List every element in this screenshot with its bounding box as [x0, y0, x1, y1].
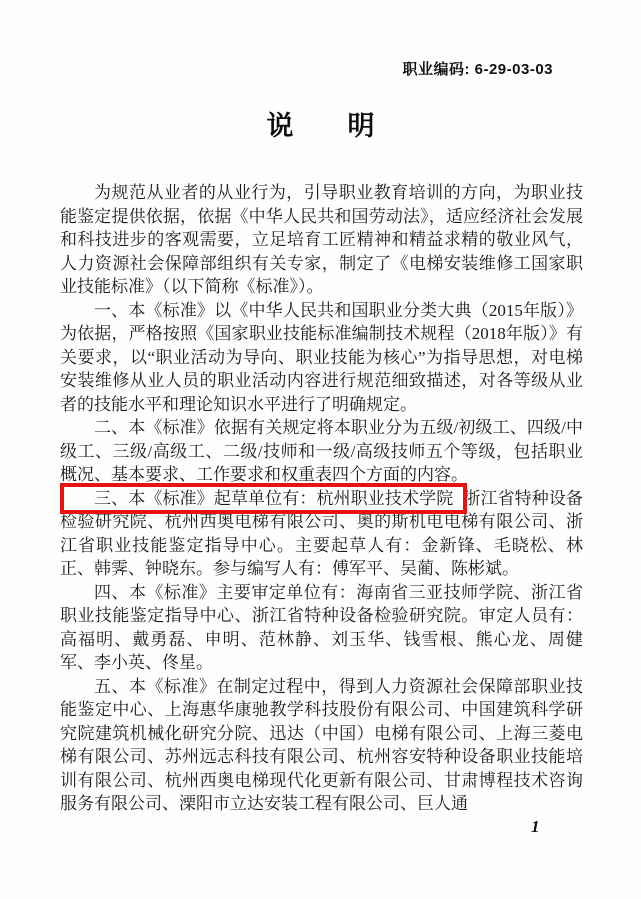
- page-number: 1: [531, 817, 540, 837]
- paragraph-item1: 一、本《标准》以《中华人民共和国职业分类大典（2015年版）》为依据，严格按照《…: [60, 299, 583, 417]
- paragraph-item4: 四、本《标准》主要审定单位有：海南省三亚技师学院、浙江省职业技能鉴定指导中心、浙…: [60, 581, 583, 675]
- document-page: 职业编码: 6-29-03-03 说 明 为规范从业者的从业行为，引导职业教育培…: [0, 0, 641, 899]
- occupation-code: 职业编码: 6-29-03-03: [402, 58, 553, 79]
- paragraph-item5: 五、本《标准》在制定过程中，得到人力资源社会保障部职业技能鉴定中心、上海惠华康驰…: [60, 675, 583, 816]
- highlighted-drafting-unit-text: 三、本《标准》起草单位有：杭州职业技术学院: [94, 489, 453, 508]
- page-title: 说 明: [0, 104, 641, 143]
- paragraph-item2: 二、本《标准》依据有关规定将本职业分为五级/初级工、四级/中级工、三级/高级工、…: [60, 416, 583, 487]
- paragraph-item3: 三、本《标准》起草单位有：杭州职业技术学院浙江省特种设备检验研究院、杭州西奥电梯…: [60, 487, 583, 581]
- paragraph-intro: 为规范从业者的从业行为，引导职业教育培训的方向，为职业技能鉴定提供依据，依据《中…: [60, 181, 583, 299]
- document-body: 为规范从业者的从业行为，引导职业教育培训的方向，为职业技能鉴定提供依据，依据《中…: [60, 181, 583, 816]
